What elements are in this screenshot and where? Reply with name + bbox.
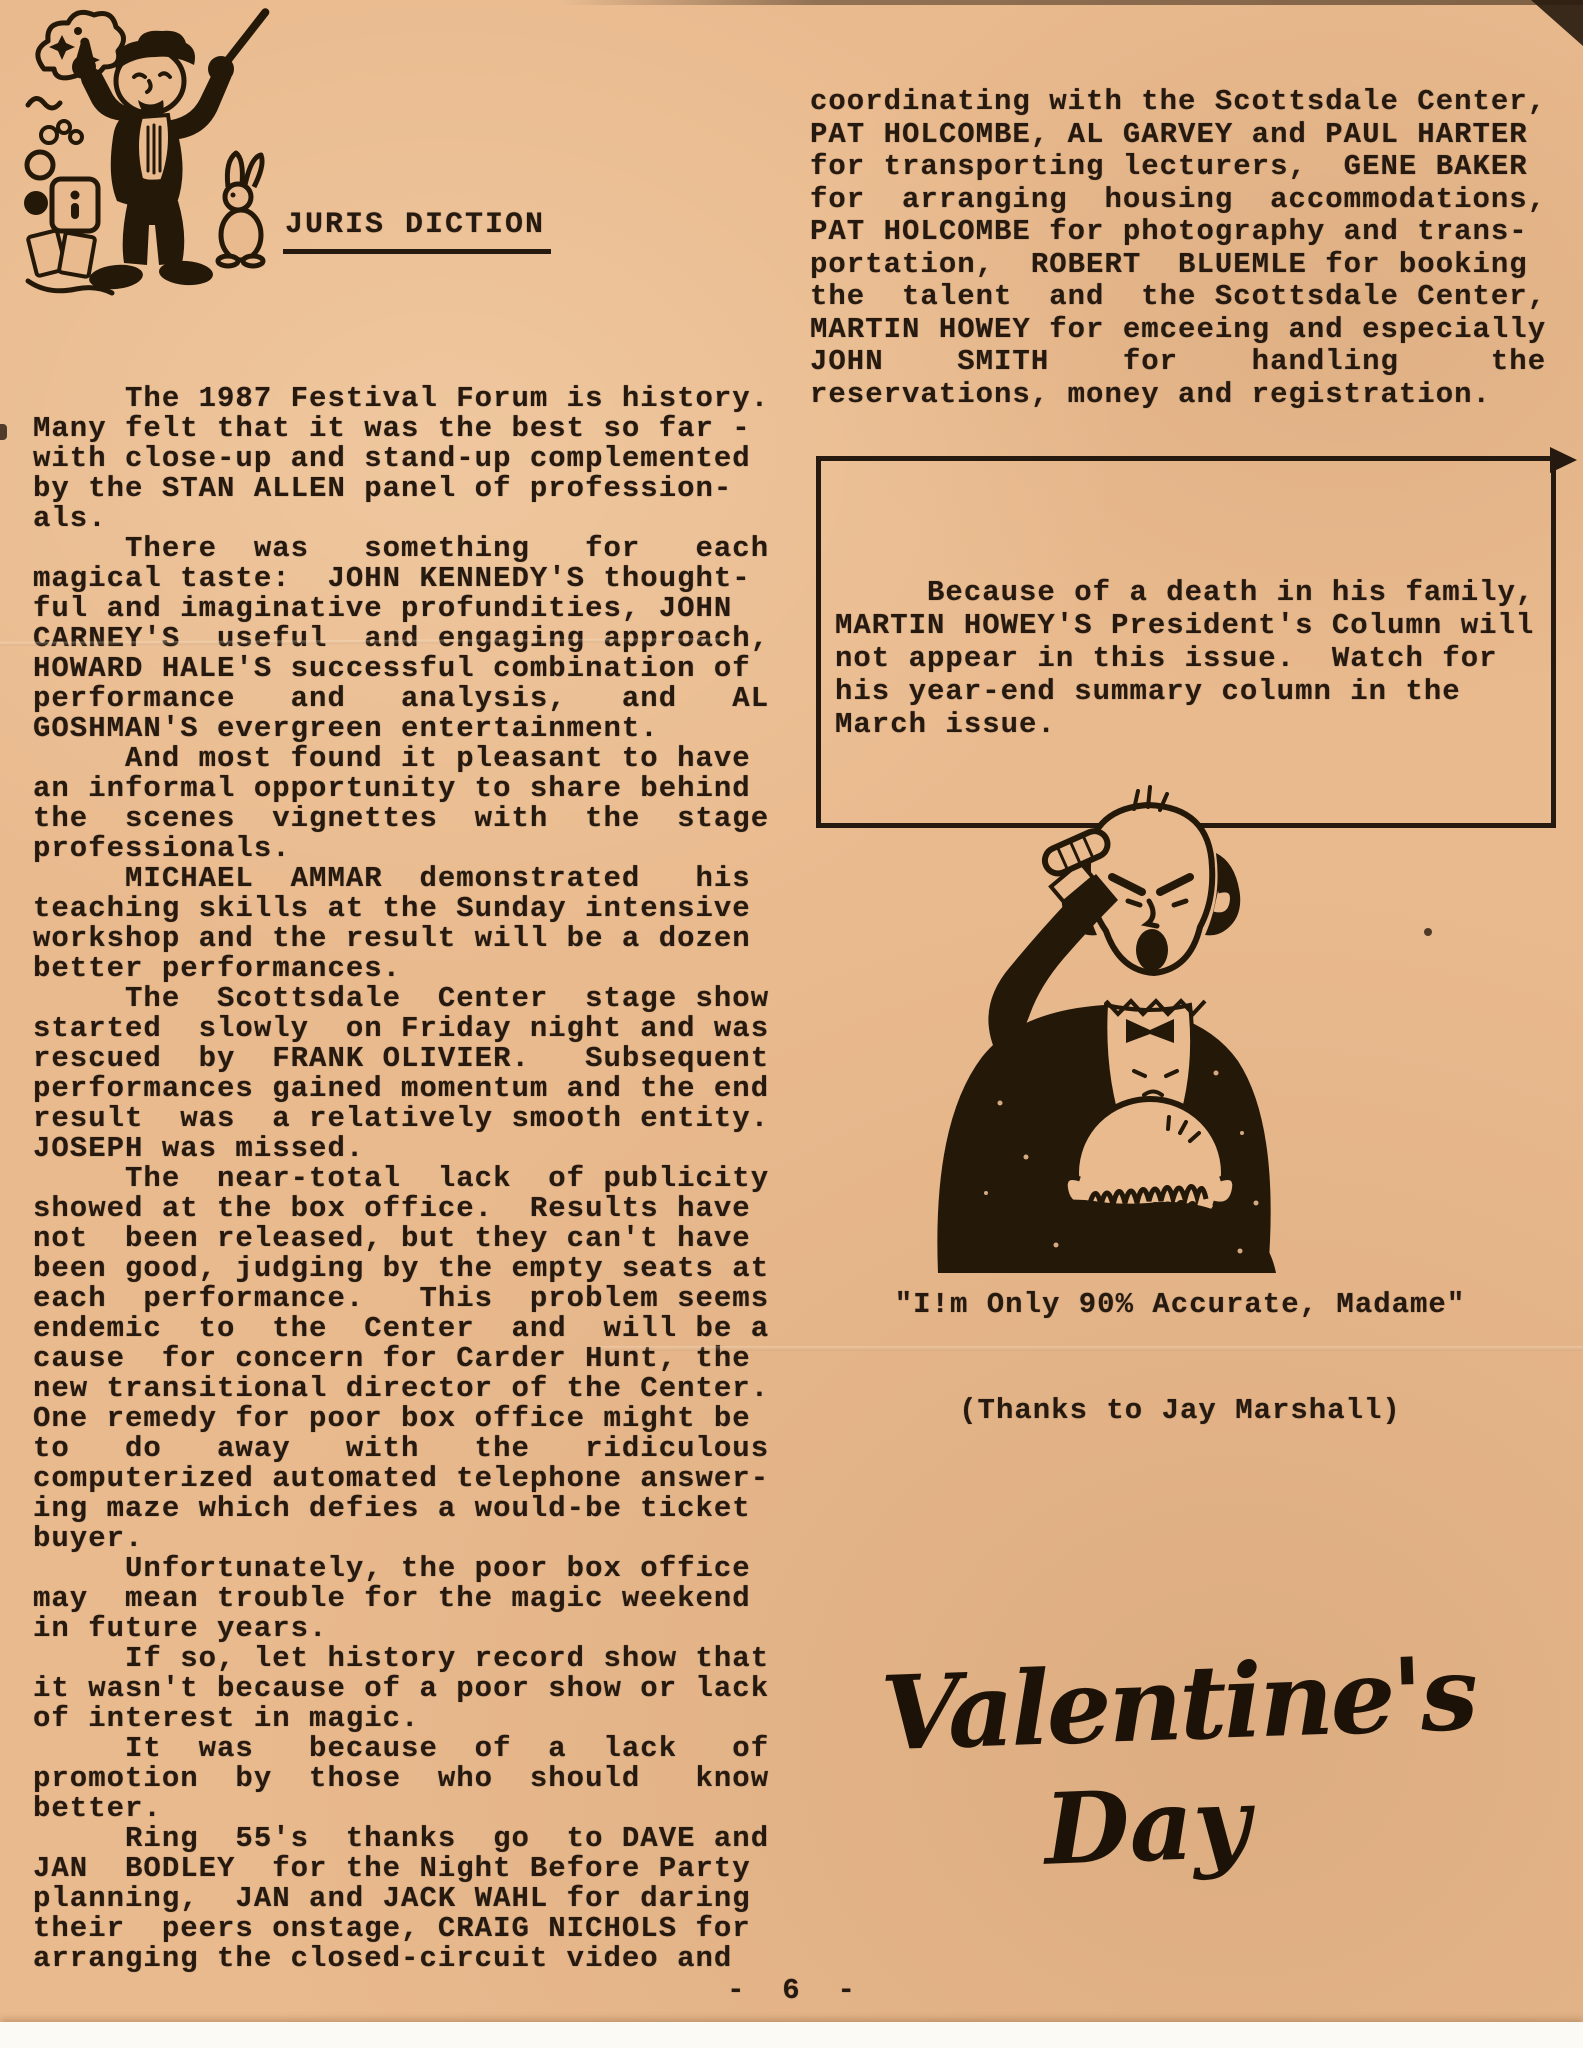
rabbit-illustration xyxy=(218,153,263,266)
valentines-day-lettering: Valentine's Day xyxy=(876,1638,1484,1889)
newsletter-page: JURIS DICTION The 1987 Festival Forum is… xyxy=(0,0,1583,2048)
right-column-text: coordinating with the Scottsdale Center,… xyxy=(810,86,1546,411)
section-title: JURIS DICTION xyxy=(283,208,551,254)
cartoon-credit: (Thanks to Jay Marshall) xyxy=(810,1396,1550,1426)
scan-artifact-bottom-edge xyxy=(0,2022,1583,2048)
valentines-line1: Valentine's xyxy=(876,1638,1480,1771)
left-column-text: The 1987 Festival Forum is history. Many… xyxy=(33,384,769,1974)
scan-artifact-speck xyxy=(1424,928,1432,936)
notice-box-text: Because of a death in his family, MARTIN… xyxy=(835,576,1543,741)
page-number: - 6 - xyxy=(0,1976,1583,2006)
scan-artifact-corner xyxy=(1531,0,1583,46)
scan-artifact-speck xyxy=(0,424,7,440)
cartoon-caption: "I!m Only 90% Accurate, Madame" xyxy=(810,1290,1550,1320)
arrow-right-icon xyxy=(1550,447,1577,473)
mind-reader-illustration xyxy=(850,772,1330,1274)
magician-illustration xyxy=(22,6,272,318)
magic-wand xyxy=(215,7,271,75)
magic-props-pile xyxy=(24,121,112,293)
scan-artifact-top-edge xyxy=(560,0,1583,5)
paper-crease xyxy=(600,1346,1583,1351)
valentines-line2: Day xyxy=(811,1764,1484,1891)
